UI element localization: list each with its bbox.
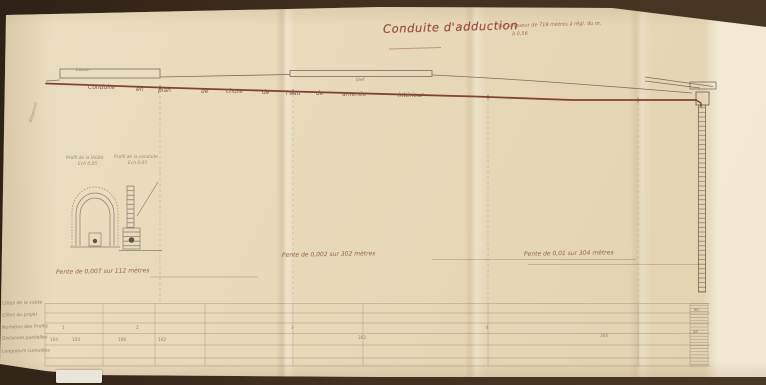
conduit-detail-scale: Ech 0,05 <box>128 162 147 167</box>
title-annotation-line2: à 0,56 <box>512 32 528 38</box>
profile-number: 2 <box>136 326 139 330</box>
vault-detail-title: Profil de la Voûte <box>66 157 103 162</box>
caption-word: de <box>262 90 270 96</box>
drop-shaft <box>696 92 709 292</box>
basin-label: bassin <box>76 69 90 74</box>
partial-distance: 142 <box>158 338 166 342</box>
caption-word: en <box>136 87 144 93</box>
slope-guides <box>150 48 700 278</box>
profile-number: 4 <box>486 326 489 330</box>
caption-word: amenée <box>342 92 366 98</box>
distance-mid: 302 <box>358 336 366 340</box>
caption-word: chute <box>226 89 243 95</box>
conduit-detail <box>119 182 162 251</box>
table-row-label: Côtes du projet <box>2 314 37 320</box>
conduit-detail-title: Profil de la conduite <box>114 156 158 161</box>
caption-word: de <box>201 89 209 95</box>
caption-word: intérieur <box>398 93 424 99</box>
right-column-value: 48 <box>693 330 698 334</box>
partial-distance: 108 <box>118 338 126 342</box>
caption-word: de <box>316 91 324 97</box>
caption-word: plan <box>158 88 171 94</box>
vault-detail-scale: Ech 0,05 <box>78 163 97 168</box>
conduit-line <box>46 84 701 108</box>
vault-detail <box>70 187 120 247</box>
station-lines <box>160 90 638 303</box>
profile-number: 3 <box>291 326 294 330</box>
partial-distance: 104 <box>72 338 80 342</box>
ground-line <box>46 69 716 93</box>
archive-sticker <box>56 370 102 383</box>
partial-distance: 104 <box>50 338 58 342</box>
caption-word: Conduite <box>88 85 115 91</box>
right-column-value: 90 <box>694 308 699 312</box>
photographed-drawing: Conduite d'adduction sur longueur de 718… <box>0 0 766 385</box>
profile-number: 1 <box>62 326 65 330</box>
channel-label: bief <box>356 79 364 84</box>
distance-right: 304 <box>600 334 608 338</box>
elevation-table-grid <box>45 304 710 367</box>
slope-annotation: Pente de 0,01 sur 304 mètres <box>524 250 614 258</box>
caption-word: l'eau <box>286 91 301 97</box>
table-row-label: Numéros des Profils <box>2 325 48 331</box>
profile-drawing <box>0 0 766 385</box>
